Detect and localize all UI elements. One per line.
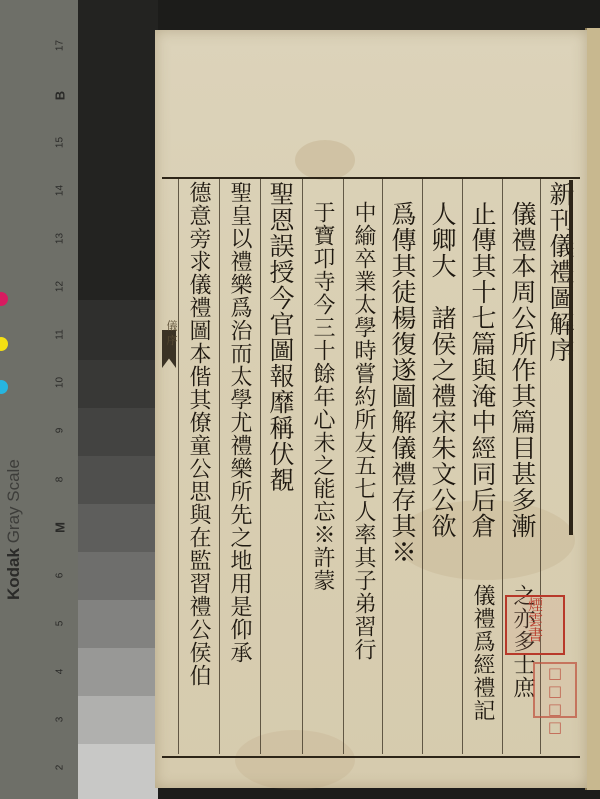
- text-column: 中緰卒業太學時嘗約所友五七人率其子弟習行: [345, 201, 381, 661]
- text-column: 止傳其十七篇與淹中經同后倉: [464, 201, 500, 539]
- scale-tick: 13: [55, 229, 66, 249]
- cyan-patch: [0, 380, 8, 394]
- scale-tick: 14: [55, 181, 66, 201]
- text-column: 聖恩誤授今官圖報靡稱伏覩: [262, 181, 298, 493]
- kodak-gray-scale-card: 17 B 15 14 13 12 11 10 9 8 M 6 5 4 3 2 K…: [0, 0, 78, 799]
- gray-scale-steps: [78, 0, 158, 799]
- collector-seal: □□□□: [533, 662, 577, 718]
- scale-tick: B: [53, 86, 68, 106]
- text-column: 德意旁求儀禮圖本偕其僚童公思與在監習禮公侯伯: [180, 181, 216, 687]
- scale-tick: 2: [55, 758, 66, 778]
- book-page: 儀 序 新刊儀禮圖解序 儀禮本周公所作其篇目甚多漸 止傳其十七篇與淹中經同后倉 …: [155, 30, 587, 788]
- scale-tick: 6: [55, 566, 66, 586]
- scale-tick: M: [53, 518, 68, 538]
- scale-tick: 12: [55, 277, 66, 297]
- scale-tick: 15: [55, 133, 66, 153]
- scale-tick: 8: [55, 470, 66, 490]
- kodak-brand-label: Kodak Gray Scale: [4, 460, 24, 600]
- text-frame: 新刊儀禮圖解序 儀禮本周公所作其篇目甚多漸 止傳其十七篇與淹中經同后倉 人卿大 …: [162, 177, 580, 758]
- text-column: 人卿大 諸侯之禮宋朱文公欲: [424, 201, 460, 539]
- scale-tick: 4: [55, 662, 66, 682]
- scale-tick: 9: [55, 421, 66, 441]
- magenta-patch: [0, 292, 8, 306]
- text-column: 儀禮爲經禮記: [464, 584, 500, 722]
- collector-seal: 煙雲書: [505, 595, 565, 655]
- yellow-patch: [0, 337, 8, 351]
- text-column: 爲傳其徒楊復遂圖解儀禮存其※: [384, 201, 420, 565]
- scale-tick: 3: [55, 710, 66, 730]
- next-page-edge: [585, 28, 600, 790]
- frame-border: [569, 180, 573, 535]
- scale-tick: 11: [55, 325, 66, 345]
- text-column: 聖皇以禮樂爲治而太學尤禮樂所先之地用是仰承: [221, 181, 257, 664]
- scale-tick: 5: [55, 614, 66, 634]
- text-column: 儀禮本周公所作其篇目甚多漸: [504, 201, 540, 539]
- scale-tick: 10: [55, 373, 66, 393]
- scale-tick: 17: [55, 36, 66, 56]
- text-column: 于寶卭寺今三十餘年心未之能忘※許蒙: [304, 201, 340, 592]
